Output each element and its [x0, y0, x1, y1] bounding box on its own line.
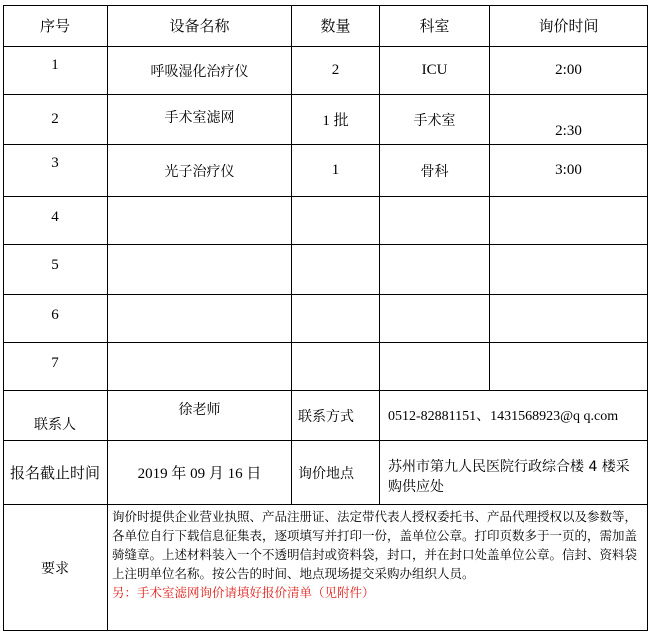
- row5-qty: [292, 245, 380, 295]
- contact-value: 徐老师: [108, 391, 292, 441]
- contact-method-value: 0512-82881151、1431568923@q q.com: [380, 391, 648, 441]
- row2-dept: 手术室: [380, 95, 490, 145]
- row7-name: [108, 343, 292, 391]
- row7-no: 7: [3, 343, 108, 391]
- row3-name: 光子治疗仪: [108, 145, 292, 197]
- header-no: 序号: [3, 5, 108, 47]
- header-quantity: 数量: [292, 5, 380, 47]
- row4-no: 4: [3, 197, 108, 245]
- inquiry-table: 序号 设备名称 数量 科室 询价时间 1 呼吸湿化治疗仪 2 ICU 2:00 …: [3, 5, 648, 631]
- contact-method-label: 联系方式: [292, 391, 380, 441]
- row3-dept: 骨科: [380, 145, 490, 197]
- row1-time: 2:00: [490, 47, 648, 95]
- row4-qty: [292, 197, 380, 245]
- row1-qty: 2: [292, 47, 380, 95]
- row5-dept: [380, 245, 490, 295]
- row6-dept: [380, 295, 490, 343]
- row4-name: [108, 197, 292, 245]
- row6-name: [108, 295, 292, 343]
- requirements-label: 要求: [3, 505, 108, 631]
- row7-dept: [380, 343, 490, 391]
- requirements-cell: 询价时提供企业营业执照、产品注册证、法定带代表人授权委托书、产品代理授权以及参数…: [108, 505, 648, 631]
- row3-no: 3: [3, 145, 108, 197]
- row2-time: 2:30: [490, 95, 648, 145]
- location-label: 询价地点: [292, 441, 380, 505]
- header-inquiry-time: 询价时间: [490, 5, 648, 47]
- row5-time: [490, 245, 648, 295]
- row3-time: 3:00: [490, 145, 648, 197]
- row6-time: [490, 295, 648, 343]
- deadline-label: 报名截止时间: [3, 441, 108, 505]
- row6-no: 6: [3, 295, 108, 343]
- row2-name: 手术室滤网: [108, 95, 292, 145]
- row7-qty: [292, 343, 380, 391]
- deadline-value: 2019 年 09 月 16 日: [108, 441, 292, 505]
- row1-dept: ICU: [380, 47, 490, 95]
- requirements-text: 询价时提供企业营业执照、产品注册证、法定带代表人授权委托书、产品代理授权以及参数…: [112, 507, 643, 583]
- row2-no: 2: [3, 95, 108, 145]
- header-device-name: 设备名称: [108, 5, 292, 47]
- row7-time: [490, 343, 648, 391]
- row6-qty: [292, 295, 380, 343]
- row4-dept: [380, 197, 490, 245]
- row5-name: [108, 245, 292, 295]
- row1-name: 呼吸湿化治疗仪: [108, 47, 292, 95]
- row1-no: 1: [3, 47, 108, 95]
- contact-label: 联系人: [3, 391, 108, 441]
- requirements-note: 另：手术室滤网询价请填好报价清单（见附件）: [112, 583, 375, 602]
- row5-no: 5: [3, 245, 108, 295]
- row4-time: [490, 197, 648, 245]
- location-value: 苏州市第九人民医院行政综合楼 4 楼采购供应处: [380, 441, 648, 505]
- header-department: 科室: [380, 5, 490, 47]
- row2-qty: 1 批: [292, 95, 380, 145]
- row3-qty: 1: [292, 145, 380, 197]
